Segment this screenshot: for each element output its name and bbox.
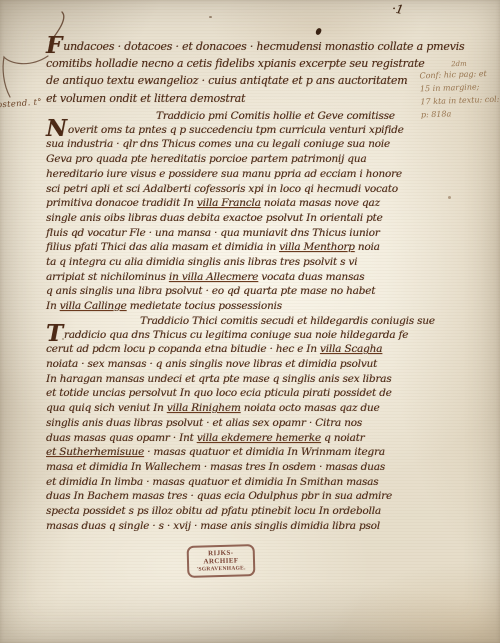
manuscript-line: specta possidet s ps illoz obitu ad pfat…	[46, 504, 456, 519]
underlined-place-name: in villa Allecmere	[169, 271, 258, 283]
underlined-place-name: villa Callinge	[60, 300, 127, 312]
underlined-place-name: villa Scagha	[320, 343, 382, 355]
ink-speck	[209, 16, 212, 18]
manuscript-line: In haragan mansas undeci et qrta pte mas…	[46, 372, 456, 387]
manuscript-line: Geva pro quada pte hereditatis porcioe p…	[46, 152, 456, 167]
manuscript-line: single anis oibs libras duas debita exac…	[46, 211, 456, 226]
manuscript-line: filius pfati Thici das alia masam et dim…	[46, 240, 456, 255]
manuscript-line: sua industria · qlr dns Thicus comes una…	[46, 137, 456, 152]
manuscript-line: masas duas q single · s · xvij · mase an…	[46, 519, 456, 534]
manuscript-line: comitibs holladie necno a cetis fidelibs…	[46, 57, 456, 74]
underlined-place-name: villa Menthorp	[279, 241, 355, 253]
illuminated-initial: F	[46, 32, 62, 59]
manuscript-line: In villa Callinge medietate tocius posse…	[46, 299, 456, 314]
underlined-place-name: villa ekdemere hemerke	[197, 432, 321, 444]
stamp-line2: 'SGRAVENHAGE.	[191, 565, 251, 573]
manuscript-heading: Traddicio Thici comitis secudi et hildeg…	[46, 314, 456, 328]
manuscript-line: Noverit oms ta pntes q p succedenciu tpm…	[46, 123, 456, 138]
underlined-place-name: et Sutherhemisuue	[46, 446, 144, 458]
manuscript-line: singlis anis duas libras psolvut · et al…	[46, 416, 456, 431]
manuscript-line: duas masas quas opamr · Int villa ekdeme…	[46, 431, 456, 446]
manuscript-line: q anis singlis una libra psolvut · eo qd…	[46, 284, 456, 299]
manuscript-line: cerut ad pdcm locu p copanda etna bitudi…	[46, 342, 456, 357]
underlined-place-name: villa Rinighem	[167, 402, 241, 414]
manuscript-line: primitiva donacoe tradidit In villa Fran…	[46, 196, 456, 211]
stamp-line1: RIJKS-ARCHIEF	[191, 548, 251, 566]
underlined-place-name: villa Francla	[197, 197, 261, 209]
folio-number: ·1	[391, 1, 405, 17]
manuscript-line: et volumen ondit et littera demostrat	[46, 92, 456, 109]
manuscript-line: hereditario iure visus e possidere sua m…	[46, 167, 456, 182]
manuscript-line: arripiat st nichilominus in villa Allecm…	[46, 270, 456, 285]
manuscript-line: et totide uncias persolvut In quo loco e…	[46, 386, 456, 401]
manuscript-line: qua quiq sich veniut In villa Rinighem n…	[46, 401, 456, 416]
archive-stamp: RIJKS-ARCHIEF 'SGRAVENHAGE.	[187, 544, 256, 578]
manuscript-line: duas In Bachem masas tres · quas ecia Od…	[46, 489, 456, 504]
manuscript-line: ta q integra cu alia dimidia singlis ani…	[46, 255, 456, 270]
manuscript-page: ·1 ostend. t° 2dmConf: hic pag: et15 in …	[0, 0, 500, 643]
manuscript-line: Fundacoes · dotacoes · et donacoes · hec…	[46, 40, 456, 57]
manuscript-line: noiata · sex mansas · q anis singlis nov…	[46, 357, 456, 372]
manuscript-line: et dimidia In limba · masas quatuor et d…	[46, 475, 456, 490]
manuscript-line: Traddicio qua dns Thicus cu legitima con…	[46, 328, 456, 343]
manuscript-line: masa et dimidia In Wallechem · masas tre…	[46, 460, 456, 475]
manuscript-heading: Traddicio pmi Comitis hollie et Geve com…	[46, 109, 456, 123]
manuscript-line: de antiquo textu ewangelioz · cuius anti…	[46, 74, 456, 91]
left-margin-note: ostend. t°	[0, 97, 42, 110]
manuscript-line: et Sutherhemisuue · masas quatuor et dim…	[46, 445, 456, 460]
manuscript-text: Fundacoes · dotacoes · et donacoes · hec…	[46, 40, 456, 533]
manuscript-line: sci petri apli et sci Adalberti cofessor…	[46, 182, 456, 197]
manuscript-line: fluis qd vocatur Fle · una mansa · qua m…	[46, 226, 456, 241]
ink-speck	[315, 27, 322, 35]
